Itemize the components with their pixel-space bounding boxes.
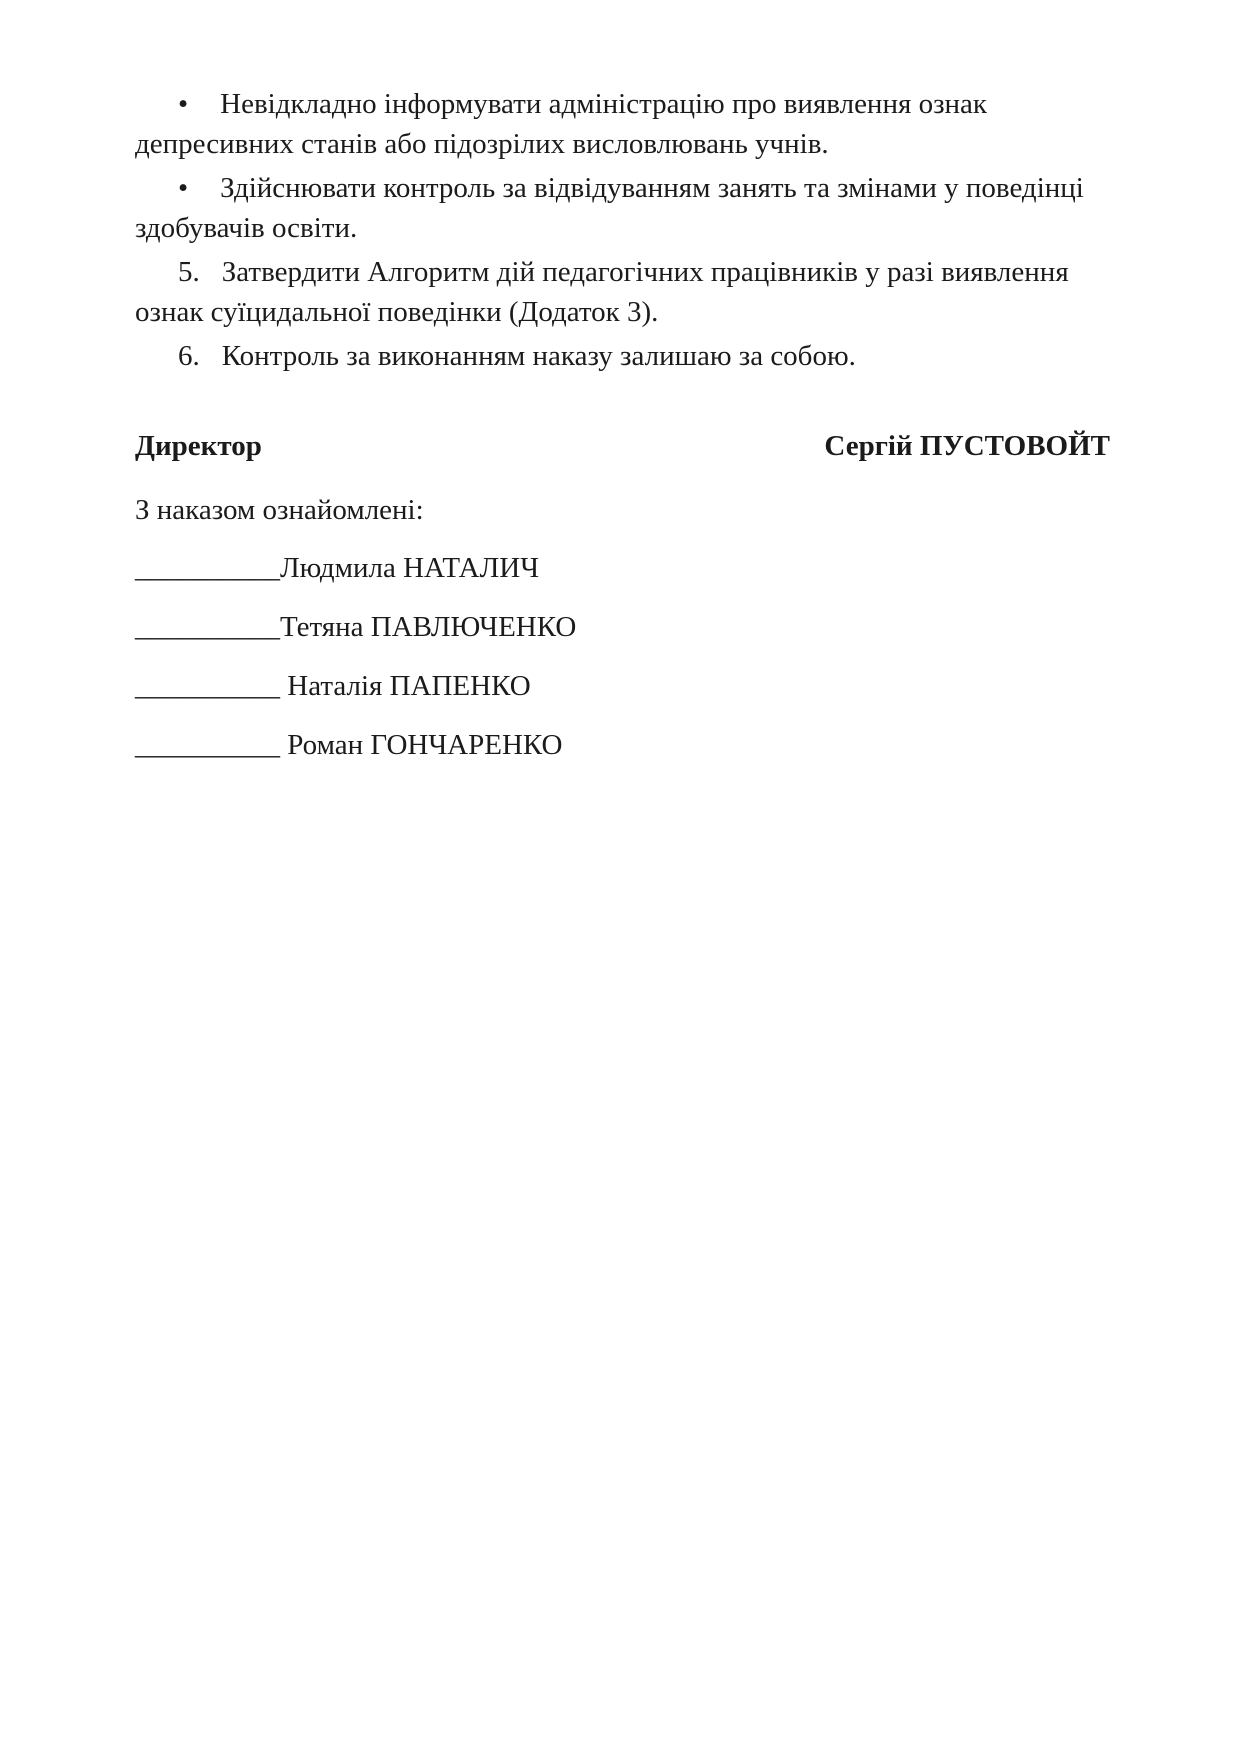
numbered-item-6: 6.Контроль за виконанням наказу залишаю … (135, 336, 1110, 376)
signatory-name: Сергій ПУСТОВОЙТ (824, 426, 1110, 466)
document-page: •Невідкладно інформувати адміністрацію п… (0, 0, 1241, 1754)
bullet-item-2: •Здійснювати контроль за відвідуванням з… (135, 168, 1110, 248)
bullet-item-1: •Невідкладно інформувати адміністрацію п… (135, 84, 1110, 164)
signature-line: __________ Наталія ПАПЕНКО (135, 666, 1110, 706)
numbered-item-5: 5.Затвердити Алгоритм дій педагогічних п… (135, 252, 1110, 332)
acknowledgement-heading: З наказом ознайомлені: (135, 490, 1110, 530)
signature-line: __________Людмила НАТАЛИЧ (135, 548, 1110, 588)
text-line: Невідкладно інформувати адміністрацію пр… (220, 88, 987, 120)
item-number: 6. (178, 340, 200, 372)
text-line: Затвердити Алгоритм дій педагогічних пра… (222, 256, 1069, 288)
item-number: 5. (178, 256, 200, 288)
bullet-icon: • (178, 88, 188, 120)
signatory-role: Директор (135, 426, 262, 466)
text-line: Здійснювати контроль за відвідуванням за… (220, 172, 1084, 204)
signatory-row: Директор Сергій ПУСТОВОЙТ (135, 426, 1110, 466)
text-line: Контроль за виконанням наказу залишаю за… (222, 340, 856, 372)
text-line: ознак суїцидальної поведінки (Додаток 3)… (135, 296, 658, 328)
bullet-icon: • (178, 172, 188, 204)
signature-line: __________ Роман ГОНЧАРЕНКО (135, 725, 1110, 765)
text-line: здобувачів освіти. (135, 212, 357, 244)
signature-line: __________Тетяна ПАВЛЮЧЕНКО (135, 607, 1110, 647)
text-line: депресивних станів або підозрілих вислов… (135, 128, 829, 160)
